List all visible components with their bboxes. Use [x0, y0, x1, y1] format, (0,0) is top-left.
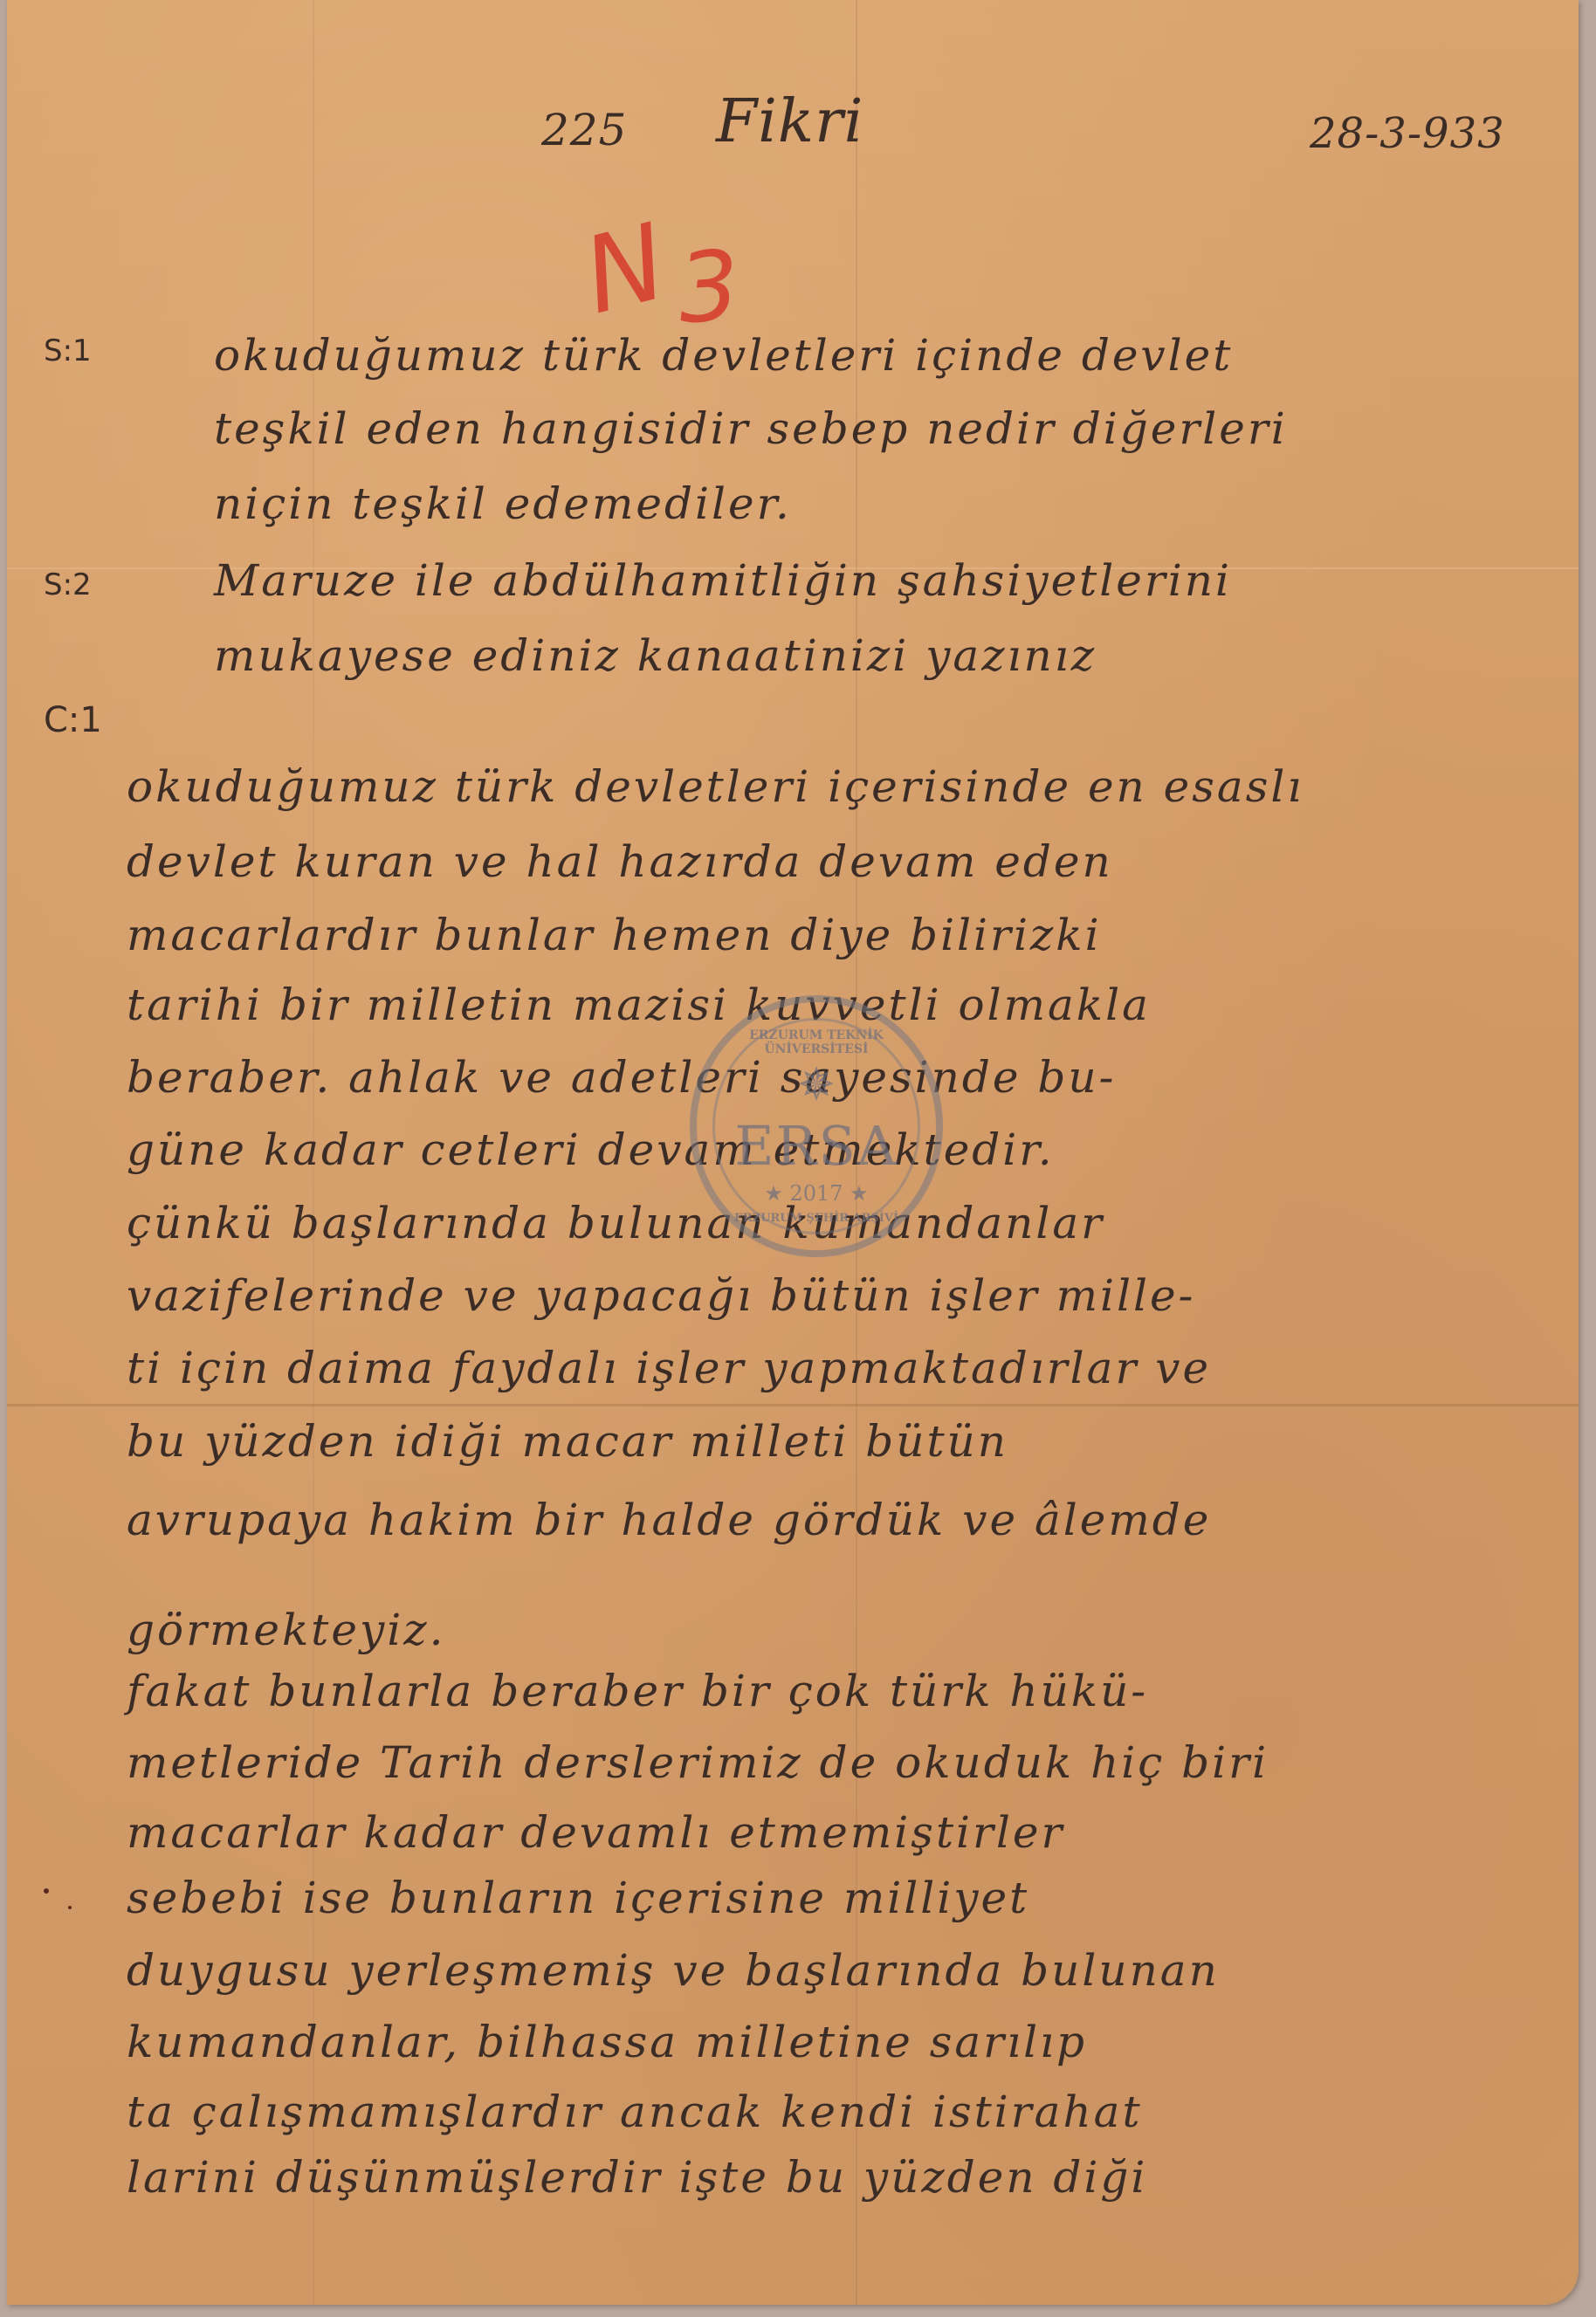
answer-1-label: C:1 — [44, 700, 102, 740]
answer-line-5: beraber. ahlak ve adetleri sayesinde bu- — [127, 1052, 1116, 1103]
answer-line-3: macarlardır bunlar hemen diye bilirizki — [127, 910, 1102, 960]
answer-line-7: çünkü başlarında bulunan kumandanlar — [127, 1198, 1104, 1248]
answer-line-19: ta çalışmamışlardır ancak kendi istiraha… — [127, 2087, 1143, 2137]
question-1-line-3: niçin teşkil edemediler. — [214, 478, 792, 529]
answer-line-1: okuduğumuz türk devletleri içerisinde en… — [127, 761, 1304, 812]
answer-line-2: devlet kuran ve hal hazırda devam eden — [127, 836, 1113, 887]
document-date: 28-3-933 — [1310, 109, 1505, 158]
answer-line-20: larini düşünmüşlerdir işte bu yüzden diğ… — [127, 2152, 1147, 2203]
answer-line-8: vazifelerinde ve yapacağı bütün işler mi… — [127, 1270, 1195, 1321]
question-1-line-1: okuduğumuz türk devletleri içinde devlet — [214, 330, 1233, 381]
ink-dot — [44, 1888, 49, 1894]
student-name: Fikri — [716, 87, 863, 156]
student-number: 225 — [541, 105, 627, 155]
answer-line-10: bu yüzden idiği macar milleti bütün — [127, 1416, 1008, 1467]
horizontal-fold-line — [7, 1404, 1579, 1406]
answer-line-18: kumandanlar, bilhassa milletine sarılıp — [127, 2017, 1087, 2067]
archive-stamp: ERZURUM TEKNİK ÜNİVERSİTESİ ✵ ERSA ★ 201… — [690, 995, 943, 1257]
answer-line-11: avrupaya hakim bir halde gördük ve âlemd… — [127, 1495, 1211, 1545]
stamp-top-text: ERZURUM TEKNİK ÜNİVERSİTESİ — [697, 1028, 936, 1056]
stamp-year: ★ 2017 ★ — [697, 1181, 936, 1206]
question-2-line-1: Maruze ile abdülhamitliğin şahsiyetlerin… — [214, 555, 1232, 606]
answer-line-17: duygusu yerleşmemiş ve başlarında buluna… — [127, 1945, 1220, 1996]
stamp-main-text: ERSA — [697, 1114, 936, 1178]
question-2-line-2: mukayese ediniz kanaatinizi yazınız — [214, 630, 1097, 681]
answer-line-16: sebebi ise bunların içerisine milliyet — [127, 1873, 1029, 1923]
question-1-label: S:1 — [44, 333, 92, 368]
answer-line-9: ti için daima faydalı işler yapmaktadırl… — [127, 1343, 1211, 1393]
ink-dot — [68, 1906, 72, 1909]
answer-line-13: fakat bunlarla beraber bir çok türk hükü… — [127, 1666, 1148, 1716]
stamp-bottom-text: ERZURUM ŞEHİR ARŞİVİ — [697, 1212, 936, 1225]
question-2-label: S:2 — [44, 567, 92, 602]
red-mark-number: 3 — [674, 230, 743, 346]
snowflake-star-icon: ✵ — [697, 1059, 936, 1111]
answer-line-12: görmekteyiz. — [127, 1605, 445, 1655]
answer-line-14: metleride Tarih derslerimiz de okuduk hi… — [127, 1737, 1269, 1788]
answer-line-4: tarihi bir milletin mazisi kuvvetli olma… — [127, 980, 1151, 1030]
question-1-line-2: teşkil eden hangisidir sebep nedir diğer… — [214, 403, 1288, 454]
answer-line-15: macarlar kadar devamlı etmemiştirler — [127, 1807, 1064, 1858]
